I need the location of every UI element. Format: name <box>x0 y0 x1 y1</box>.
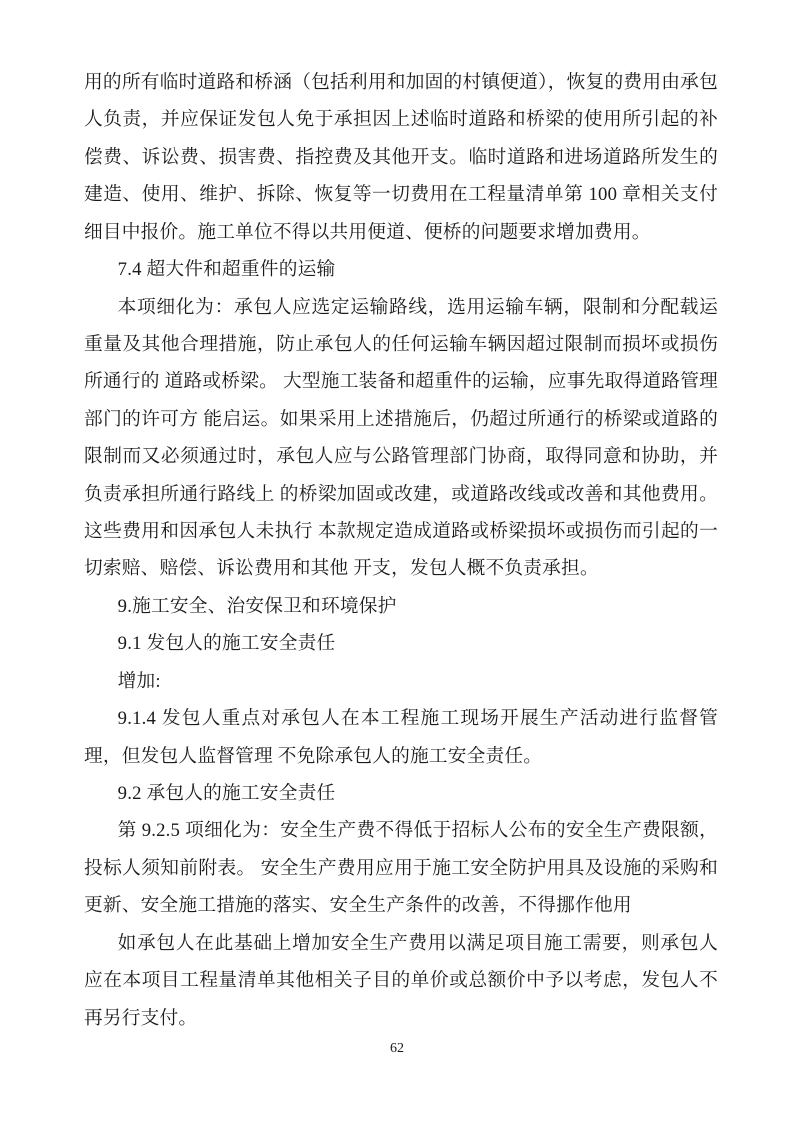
paragraph: 本项细化为：承包人应选定运输路线，选用运输车辆，限制和分配载运重量及其他合理措施… <box>84 289 718 588</box>
paragraph: 9.1.4 发包人重点对承包人在本工程施工现场开展生产活动进行监督管理，但发包人… <box>84 700 718 775</box>
paragraph: 第 9.2.5 项细化为：安全生产费不得低于招标人公布的安全生产费限额，投标人须… <box>84 812 718 924</box>
paragraph: 9.2 承包人的施工安全责任 <box>84 775 718 812</box>
paragraph: 9.1 发包人的施工安全责任 <box>84 625 718 662</box>
paragraph: 增加: <box>84 663 718 700</box>
document-body: 用的所有临时道路和桥涵（包括利用和加固的村镇便道），恢复的费用由承包人负责，并应… <box>84 64 718 1037</box>
paragraph: 如承包人在此基础上增加安全生产费用以满足项目施工需要，则承包人应在本项目工程量清… <box>84 925 718 1037</box>
paragraph: 9.施工安全、治安保卫和环境保护 <box>84 588 718 625</box>
paragraph: 用的所有临时道路和桥涵（包括利用和加固的村镇便道），恢复的费用由承包人负责，并应… <box>84 64 718 251</box>
page-footer: 62 <box>0 1040 794 1058</box>
paragraph: 7.4 超大件和超重件的运输 <box>84 251 718 288</box>
page-number: 62 <box>390 1041 404 1056</box>
document-page: 用的所有临时道路和桥涵（包括利用和加固的村镇便道），恢复的费用由承包人负责，并应… <box>0 0 794 1122</box>
